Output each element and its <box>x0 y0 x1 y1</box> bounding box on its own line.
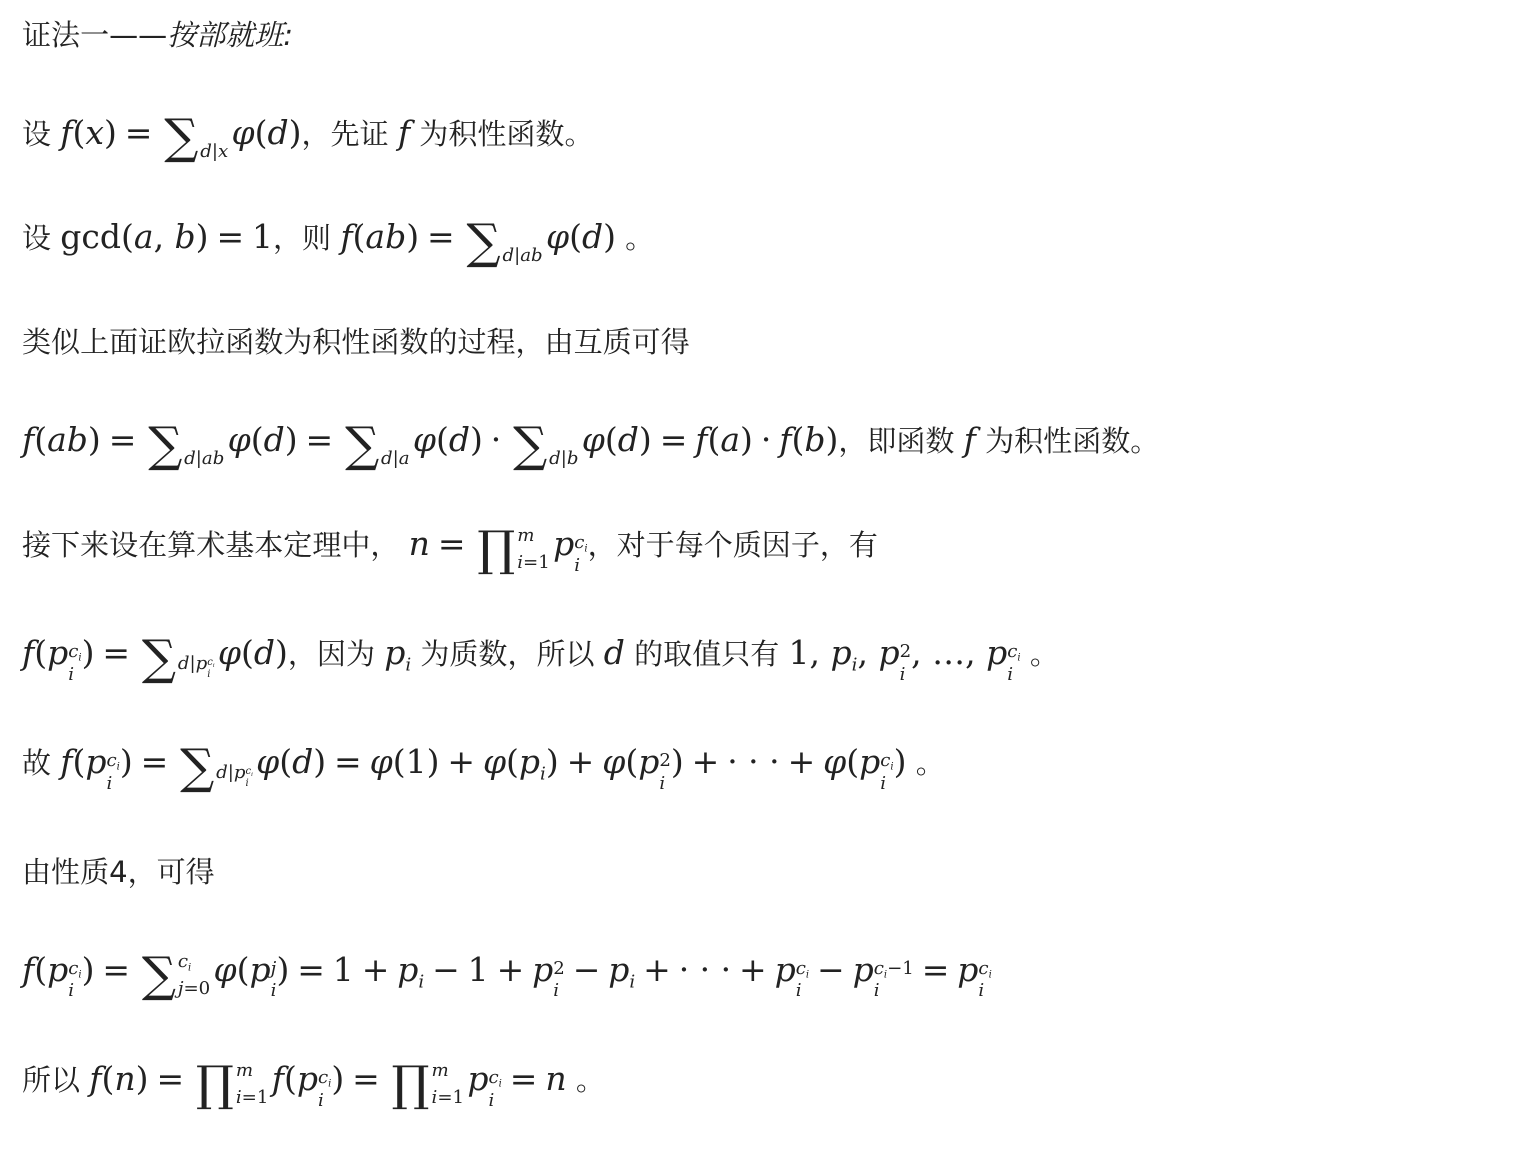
math-roman: ) <box>82 950 95 989</box>
scripted-term: ci <box>1007 641 1020 662</box>
big-operator: ∏mi=1 <box>196 1062 268 1107</box>
math-var: φ <box>256 742 279 781</box>
superscript: ci−1 <box>874 958 914 981</box>
math-var: i <box>251 772 253 778</box>
math-var: i <box>978 980 984 1001</box>
subscript: i <box>188 962 191 973</box>
math-var: φ <box>218 633 241 672</box>
math-roman: ) <box>289 113 302 152</box>
scripted-term: ci <box>874 958 887 979</box>
text-run: 为质数，所以 <box>411 637 604 671</box>
scripted-term: pi <box>608 950 635 989</box>
math-operator: + <box>567 742 595 781</box>
math-var: i <box>574 555 580 576</box>
math-var: φ <box>214 950 237 989</box>
math-document: { "colors": { "text": "#222222", "backgr… <box>0 0 1520 1176</box>
subscript: i <box>246 778 253 790</box>
math-roman: ) <box>671 742 684 781</box>
math-roman: ) <box>276 950 289 989</box>
scripted-term: pcii <box>47 950 82 989</box>
big-operator: ∏mi=1 <box>477 527 549 572</box>
line-telescoping: f(pcii)=∑cij=0φ(pji)=1+pi−1+p2i−pi+· · ·… <box>22 948 1512 1003</box>
math-roman: ) <box>275 633 288 672</box>
text-run: ，因为 <box>288 637 384 671</box>
math-roman: ( <box>279 742 292 781</box>
superscript: ci <box>106 750 119 773</box>
lower-limit: i=1 <box>432 1089 465 1107</box>
math-var: φ <box>823 742 846 781</box>
script-stack: ci−1i <box>874 958 914 1003</box>
subscript: i <box>629 971 635 992</box>
lower-limit: d|b <box>549 450 578 468</box>
math-roman: =1 <box>242 1087 269 1108</box>
math-var: c <box>178 951 188 972</box>
math-var: d <box>268 113 289 152</box>
math-operator: = <box>141 742 169 781</box>
math-roman: ) <box>285 420 298 459</box>
operator-glyph: ∑ <box>164 115 198 160</box>
line-setup-f: 设 f(x)=∑d|xφ(d)，先证 f 为积性函数。 <box>22 111 1512 161</box>
script-stack: cii <box>1007 641 1020 686</box>
operator-limits: d|x <box>200 115 228 160</box>
math-var: φ <box>483 742 506 781</box>
big-operator: ∑cij=0 <box>142 953 210 998</box>
math-var: c <box>574 532 584 553</box>
line-fundamental-theorem: 接下来设在算术基本定理中， n=∏mi=1pcii，对于每个质因子，有 <box>22 522 1512 577</box>
scripted-term: pi <box>397 950 424 989</box>
scripted-term: pi <box>519 742 546 781</box>
lower-limit: i=1 <box>236 1089 269 1107</box>
math-var: i <box>213 663 215 669</box>
script-stack: cii <box>978 958 991 1003</box>
scripted-term: pcii <box>85 742 120 781</box>
operator-glyph: ∑ <box>513 423 547 468</box>
math-var: d <box>582 217 603 256</box>
math-roman: , <box>810 633 831 672</box>
line-by-property-4: 由性质4，可得 <box>22 849 1512 894</box>
math-var: c <box>874 958 884 979</box>
superscript: ci <box>880 750 893 773</box>
math-var: p <box>608 950 629 989</box>
subscript: i <box>499 1078 502 1089</box>
lower-limit: d|pcii <box>178 655 215 682</box>
math-var: x <box>85 113 104 152</box>
math-var: m <box>236 1060 253 1081</box>
scripted-term: pi <box>384 633 411 672</box>
text-run: 证法一—— <box>22 18 167 52</box>
math-roman: ( <box>353 217 366 256</box>
math-var: n <box>409 524 430 563</box>
upper-limit <box>502 220 542 231</box>
math-roman: ) <box>136 1059 149 1098</box>
math-var: f <box>272 1059 284 1098</box>
scripted-term: ci <box>106 750 119 771</box>
math-roman: ) <box>639 420 652 459</box>
scripted-term: ci <box>68 958 81 979</box>
math-var: p <box>532 950 553 989</box>
math-var: f <box>779 420 791 459</box>
text-run: 的取值只有 <box>625 637 789 671</box>
math-var: b <box>804 420 825 459</box>
script-stack: cii <box>318 1067 331 1112</box>
math-var: ab <box>202 448 224 469</box>
subscript: i <box>978 980 991 1003</box>
subscript: i <box>880 773 893 796</box>
math-operator: + <box>362 950 390 989</box>
subscript: i <box>418 971 424 992</box>
math-var: d <box>502 245 514 266</box>
math-roman: ( <box>506 742 519 781</box>
math-var: p <box>775 950 796 989</box>
math-var: a <box>720 420 740 459</box>
operator-limits: d|pcii <box>178 636 215 681</box>
operator-glyph: ∏ <box>196 1062 234 1107</box>
math-var: d <box>254 633 275 672</box>
math-var: p <box>957 950 978 989</box>
big-operator: ∑d|a <box>345 423 410 468</box>
subscript: i <box>806 969 809 980</box>
math-var: d <box>178 653 190 674</box>
lower-limit: d|ab <box>502 247 542 265</box>
math-roman: , <box>965 633 986 672</box>
big-operator: ∑d|ab <box>148 423 224 468</box>
operator-glyph: ∑ <box>142 953 176 998</box>
text-run: 。 <box>1021 637 1059 671</box>
math-var: p <box>397 950 418 989</box>
math-var: d <box>549 448 561 469</box>
math-var: φ <box>413 420 436 459</box>
math-var: i <box>629 971 635 992</box>
lower-limit: i=1 <box>517 554 550 572</box>
scripted-term: pcii <box>957 950 992 989</box>
text-run: 类似上面证欧拉函数为积性函数的过程，由互质可得 <box>22 325 690 359</box>
math-operator: = <box>102 950 130 989</box>
math-var: i <box>499 1078 502 1089</box>
subscript: i <box>213 663 215 669</box>
math-var: d <box>216 762 228 783</box>
text-run: 由性质4，可得 <box>22 855 215 889</box>
math-var: c <box>1007 641 1017 662</box>
math-operator: = <box>922 950 950 989</box>
superscript: 2 <box>900 641 912 664</box>
math-var: p <box>986 633 1007 672</box>
math-var: p <box>47 950 68 989</box>
math-roman: ( <box>707 420 720 459</box>
math-var: p <box>297 1059 318 1098</box>
scripted-term: pji <box>250 950 277 989</box>
math-var: i <box>880 773 886 794</box>
math-operator: − <box>817 950 845 989</box>
line-prime-power-divisors: f(pcii)=∑d|pciiφ(d)，因为 pi 为质数，所以 d 的取值只有… <box>22 631 1512 686</box>
math-roman: ( <box>241 633 254 672</box>
math-operator: − <box>432 950 460 989</box>
math-operator: = <box>297 950 325 989</box>
math-roman: =1 <box>437 1087 464 1108</box>
math-operator: = <box>109 420 137 459</box>
math-operator: = <box>660 420 688 459</box>
subscript: i <box>207 669 214 681</box>
math-roman: ) <box>825 420 838 459</box>
text-run: 为积性函数。 <box>410 117 593 151</box>
text-run: 所以 <box>22 1063 89 1097</box>
script-stack: 2i <box>900 641 912 686</box>
scripted-term: pcii <box>196 653 215 674</box>
math-var: φ <box>602 742 625 781</box>
math-roman: ) <box>470 420 483 459</box>
subscript: i <box>574 555 587 578</box>
scripted-term: p2i <box>638 742 671 781</box>
operator-limits: d|a <box>381 423 410 468</box>
lower-limit: d|a <box>381 450 410 468</box>
math-var: d <box>381 448 393 469</box>
math-var: f <box>60 113 72 152</box>
math-roman: 1 <box>333 950 354 989</box>
upper-limit <box>381 423 410 434</box>
math-operator: + <box>497 950 525 989</box>
subscript: i <box>318 1090 331 1113</box>
math-var: i <box>874 980 880 1001</box>
math-var: b <box>567 448 579 469</box>
math-roman: ( <box>72 113 85 152</box>
scripted-term: ci <box>318 1067 331 1088</box>
math-var: x <box>218 141 228 162</box>
script-stack: 2i <box>553 958 565 1003</box>
math-var: i <box>796 980 802 1001</box>
math-var: f <box>22 420 34 459</box>
math-var: m <box>432 1060 449 1081</box>
scripted-term: pi <box>831 633 858 672</box>
math-operator: = <box>427 217 455 256</box>
math-roman: 2 <box>553 958 565 979</box>
superscript: ci <box>796 958 809 981</box>
script-stack: cii <box>106 750 119 795</box>
math-roman: ) <box>82 633 95 672</box>
math-var: d <box>292 742 313 781</box>
math-roman: ( <box>251 420 264 459</box>
math-roman: 2 <box>659 750 671 771</box>
operator-glyph: ∏ <box>392 1062 430 1107</box>
math-var: p <box>467 1059 488 1098</box>
big-operator: ∑d|x <box>164 115 228 160</box>
italic-text: 按部就班: <box>167 18 293 52</box>
operator-glyph: ∑ <box>345 423 379 468</box>
math-operator: · <box>491 420 502 459</box>
superscript: 2 <box>553 958 565 981</box>
math-operator: = <box>352 1059 380 1098</box>
scripted-term: pcii <box>859 742 894 781</box>
math-var: φ <box>546 217 569 256</box>
script-stack: cii <box>880 750 893 795</box>
math-var: i <box>68 664 74 685</box>
subscript: i <box>489 1090 502 1113</box>
math-var: i <box>318 1090 324 1111</box>
math-var: c <box>880 750 890 771</box>
scripted-term: pcii <box>986 633 1021 672</box>
subscript: i <box>106 773 119 796</box>
subscript: i <box>659 773 671 796</box>
upper-limit: m <box>236 1062 269 1080</box>
math-var: p <box>831 633 852 672</box>
big-operator: ∑d|ab <box>467 220 543 265</box>
superscript: ci <box>318 1067 331 1090</box>
math-roman: ( <box>102 1059 115 1098</box>
math-var: φ <box>228 420 251 459</box>
line-analogy: 类似上面证欧拉函数为积性函数的过程，由互质可得 <box>22 319 1512 364</box>
math-roman: , <box>911 633 932 672</box>
big-operator: ∑d|pcii <box>180 745 253 790</box>
text-run: 接下来设在算术基本定理中， <box>22 528 409 562</box>
upper-limit <box>549 423 578 434</box>
scripted-term: ci <box>978 958 991 979</box>
upper-limit <box>178 636 215 647</box>
math-roman: ) <box>196 217 209 256</box>
math-var: i <box>989 969 992 980</box>
math-roman: · · · <box>679 950 731 989</box>
operator-limits: d|ab <box>502 220 542 265</box>
math-operator: + <box>447 742 475 781</box>
superscript: 2 <box>659 750 671 773</box>
math-var: i <box>659 773 665 794</box>
lower-limit: d|pcii <box>216 764 253 791</box>
line-expand-sum: 故 f(pcii)=∑d|pciiφ(d)=φ(1)+φ(pi)+φ(p2i)+… <box>22 740 1512 795</box>
math-operator: + <box>643 950 671 989</box>
math-var: c <box>796 958 806 979</box>
text-run: 为积性函数。 <box>976 424 1159 458</box>
math-roman: ) <box>740 420 753 459</box>
subscript: i <box>1007 664 1020 687</box>
lower-limit: d|ab <box>184 450 224 468</box>
operator-limits: mi=1 <box>236 1062 269 1107</box>
math-var: n <box>545 1059 566 1098</box>
math-var: c <box>68 641 78 662</box>
upper-limit <box>200 115 228 126</box>
math-roman: ( <box>569 217 582 256</box>
subscript: i <box>989 969 992 980</box>
text-run: ，则 <box>273 221 340 255</box>
big-operator: ∏mi=1 <box>392 1062 464 1107</box>
scripted-term: pcii <box>234 762 253 783</box>
text-run: 设 <box>22 221 60 255</box>
operator-limits: d|pcii <box>216 745 253 790</box>
math-roman: 1 <box>468 950 489 989</box>
math-var: p <box>47 633 68 672</box>
math-operator: = <box>216 217 244 256</box>
operator-limits: d|ab <box>184 423 224 468</box>
scripted-term: ci <box>178 951 191 972</box>
math-var: i <box>1007 664 1013 685</box>
math-var: i <box>900 664 906 685</box>
math-var: p <box>85 742 106 781</box>
math-roman: ) <box>331 1059 344 1098</box>
upper-limit <box>216 745 253 756</box>
subscript: i <box>68 664 81 687</box>
upper-limit: m <box>432 1062 465 1080</box>
math-roman: ( <box>255 113 268 152</box>
text-run: 。 <box>567 1063 605 1097</box>
math-roman: (1) <box>393 742 440 781</box>
math-var: c <box>489 1067 499 1088</box>
math-var: φ <box>582 420 605 459</box>
scripted-term: ci <box>207 657 214 668</box>
text-run: 设 <box>22 117 60 151</box>
math-var: f <box>89 1059 101 1098</box>
math-roman: ( <box>436 420 449 459</box>
math-roman: ( <box>791 420 804 459</box>
superscript: ci <box>574 532 587 555</box>
math-operator: − <box>573 950 601 989</box>
math-var: f <box>964 420 976 459</box>
math-var: f <box>22 633 34 672</box>
subscript: i <box>900 664 912 687</box>
subscript: i <box>68 980 81 1003</box>
math-roman: ) <box>406 217 419 256</box>
math-roman: , <box>154 217 175 256</box>
math-operator: = <box>102 633 130 672</box>
math-roman: ( <box>846 742 859 781</box>
superscript: ci <box>207 657 214 669</box>
math-var: f <box>340 217 352 256</box>
math-var: n <box>114 1059 135 1098</box>
scripted-term: ci <box>246 766 253 777</box>
math-var: c <box>318 1067 328 1088</box>
scripted-term: ci <box>796 958 809 979</box>
math-roman: · · · <box>727 742 779 781</box>
math-var: ab <box>520 245 542 266</box>
math-var: i <box>489 1090 495 1111</box>
script-stack: cii <box>246 766 253 791</box>
subscript: i <box>251 772 253 778</box>
math-var: i <box>188 962 191 973</box>
math-roman: 1 <box>789 633 810 672</box>
scripted-term: p2i <box>532 950 565 989</box>
math-var: i <box>246 778 249 789</box>
math-var: p <box>853 950 874 989</box>
math-roman: ) <box>313 742 326 781</box>
math-var: d <box>264 420 285 459</box>
math-var: d <box>618 420 639 459</box>
line-setup-gcd: 设 gcd(a, b)=1，则 f(ab)=∑d|abφ(d) 。 <box>22 215 1512 265</box>
math-var: p <box>234 762 246 783</box>
operator-glyph: ∑ <box>142 636 176 681</box>
math-operator: = <box>125 113 153 152</box>
lower-limit: j=0 <box>178 980 210 998</box>
math-roman: −1 <box>887 958 914 979</box>
math-roman: 1 <box>252 217 273 256</box>
math-operator: = <box>156 1059 184 1098</box>
math-var: i <box>106 773 112 794</box>
scripted-term: ci <box>880 750 893 771</box>
math-var: p <box>878 633 899 672</box>
math-operator: · <box>761 420 772 459</box>
scripted-term: pcii <box>47 633 82 672</box>
math-roman: … <box>932 633 965 672</box>
superscript: ci <box>1007 641 1020 664</box>
subscript: i <box>553 980 565 1003</box>
math-var: f <box>695 420 707 459</box>
math-roman: ) <box>546 742 559 781</box>
math-roman: ) <box>120 742 133 781</box>
operator-limits: mi=1 <box>517 527 550 572</box>
math-operator: + <box>692 742 720 781</box>
scripted-term: ci <box>68 641 81 662</box>
math-roman: ) <box>894 742 907 781</box>
math-var: f <box>60 742 72 781</box>
math-roman: 2 <box>900 641 912 662</box>
scripted-term: pcii <box>775 950 810 989</box>
math-var: d <box>604 633 625 672</box>
script-stack: cii <box>574 532 587 577</box>
math-roman: ) <box>88 420 101 459</box>
